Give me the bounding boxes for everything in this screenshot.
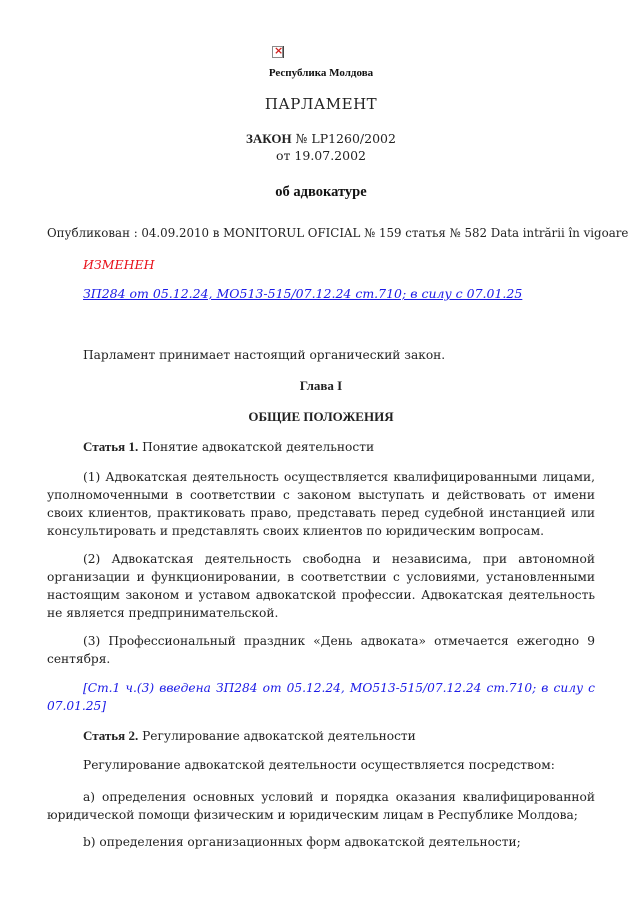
article-1-paragraph-3: (3) Профессиональный праздник «День адво… [47, 632, 595, 668]
article-2-intro: Регулирование адвокатской деятельности о… [83, 758, 555, 772]
article-2-label: Статья 2. [83, 728, 138, 743]
article-1-title: Понятие адвокатской деятельности [142, 440, 374, 454]
amendment-status: ИЗМЕНЕН [83, 257, 155, 272]
image-frame-edge [283, 46, 284, 58]
law-number: ЗАКОН № LP1260/2002 [47, 131, 595, 147]
article-2-heading: Статья 2. Регулирование адвокатской деят… [83, 728, 416, 744]
intro-text: Парламент принимает настоящий органическ… [83, 348, 445, 362]
law-date: от 19.07.2002 [47, 148, 595, 163]
article-1-label: Статья 1. [83, 439, 138, 454]
issuer-name: ПАРЛАМЕНТ [47, 95, 595, 113]
republic-name: Республика Молдова [47, 67, 595, 79]
broken-image-icon [272, 46, 283, 58]
article-1-paragraph-1: (1) Адвокатская деятельность осуществляе… [47, 468, 595, 540]
chapter-title: ОБЩИЕ ПОЛОЖЕНИЯ [47, 409, 595, 425]
law-label: ЗАКОН [246, 131, 292, 146]
amendment-link[interactable]: ЗП284 от 05.12.24, МО513-515/07.12.24 ст… [83, 286, 522, 301]
publication-info: Опубликован : 04.09.2010 в MONITORUL OFI… [47, 226, 628, 240]
article-1-paragraph-2: (2) Адвокатская деятельность свободна и … [47, 550, 595, 622]
chapter-heading: Глава I [47, 378, 595, 394]
article-2-item-a: a) определения основных условий и порядк… [47, 788, 595, 824]
law-title: об адвокатуре [47, 184, 595, 201]
article-2-title: Регулирование адвокатской деятельности [142, 729, 416, 743]
article-2-item-b: b) определения организационных форм адво… [83, 835, 521, 849]
article-1-heading: Статья 1. Понятие адвокатской деятельнос… [83, 439, 374, 455]
law-number-value: № LP1260/2002 [296, 131, 396, 146]
article-1-amendment-note: [Ст.1 ч.(3) введена ЗП284 от 05.12.24, М… [47, 679, 595, 715]
